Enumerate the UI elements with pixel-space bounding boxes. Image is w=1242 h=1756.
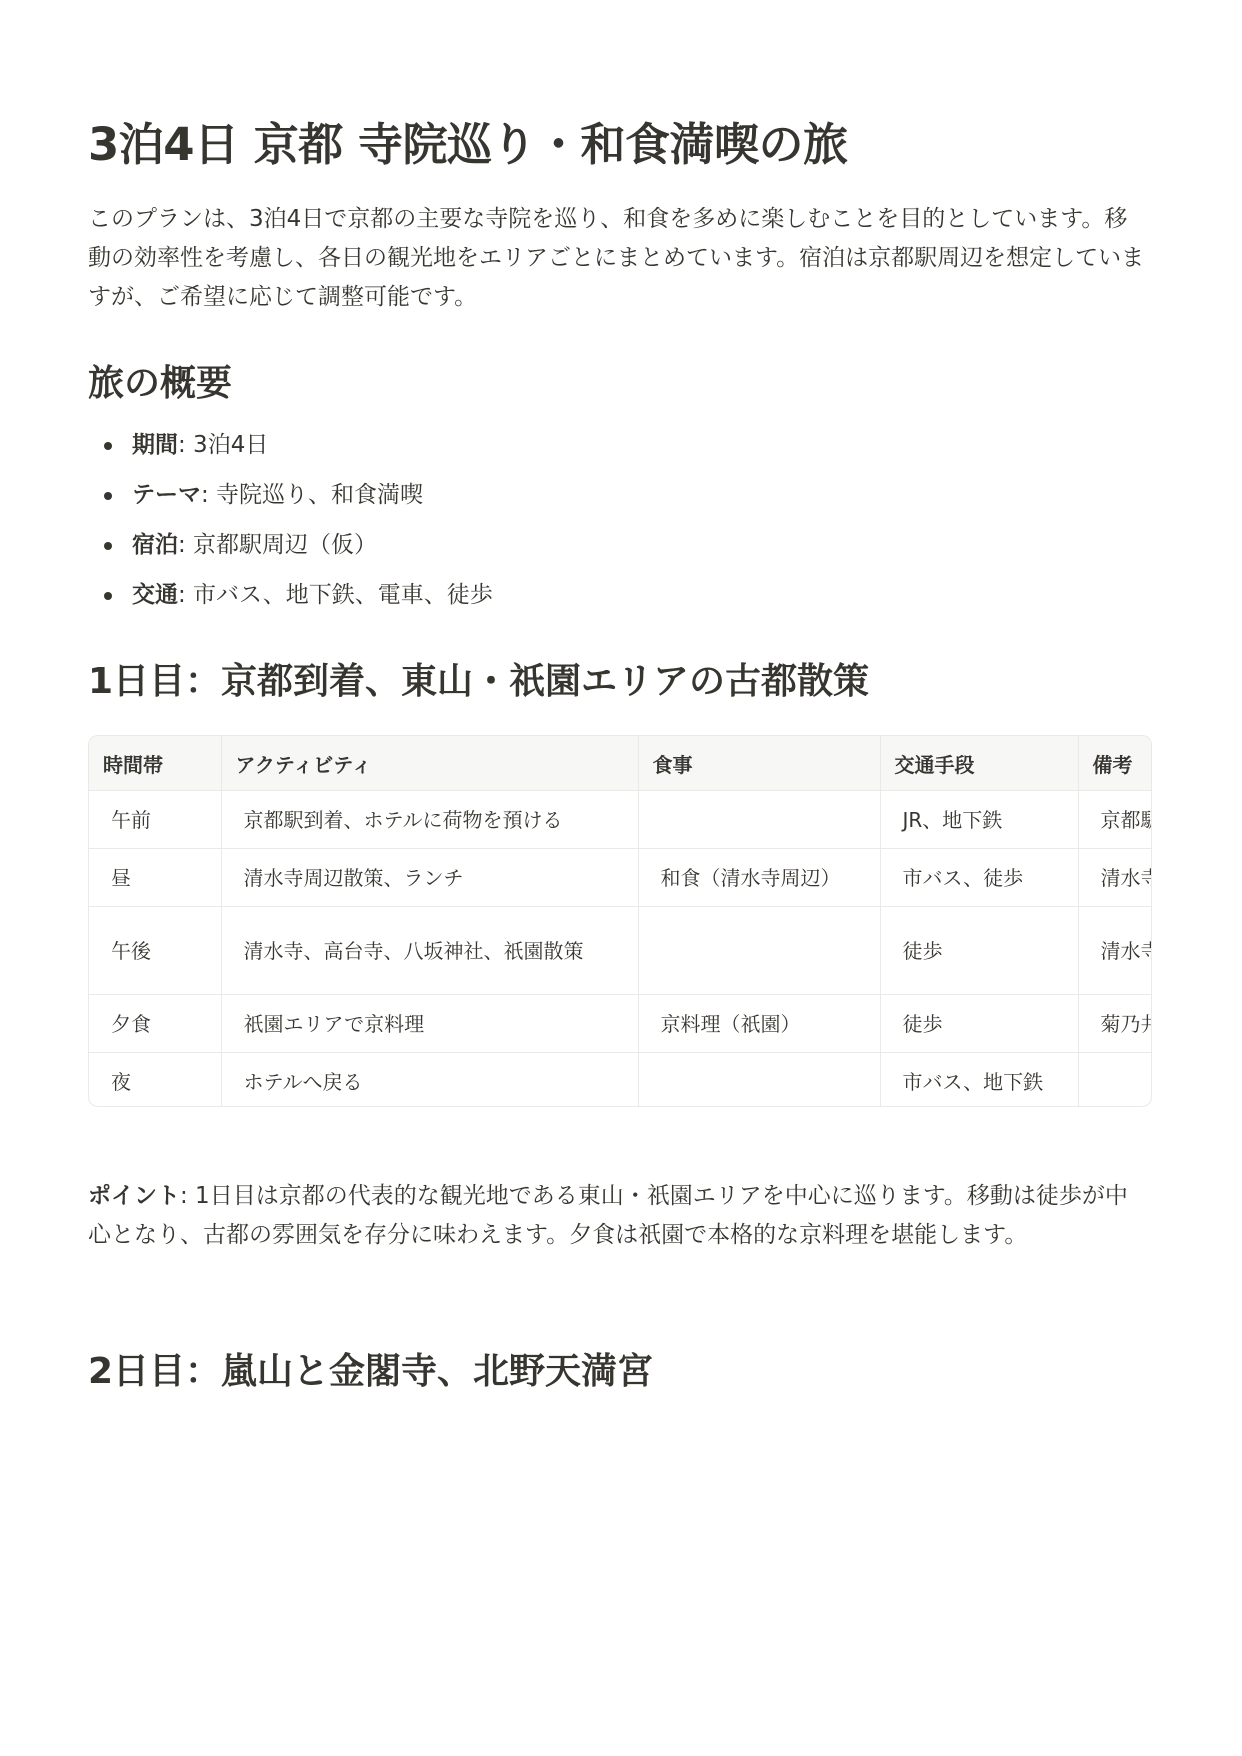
header-activity: アクティビティ [221, 736, 638, 791]
cell-transport: 市バス、徒歩 [880, 849, 1078, 907]
day1-schedule-table-scroll[interactable]: 時間帯 アクティビティ 食事 交通手段 備考 午前 京都駅到着、ホテルに荷物を預… [88, 735, 1152, 1107]
header-time: 時間帯 [89, 736, 221, 791]
overview-value: : 3泊4日 [178, 432, 268, 458]
cell-time: 昼 [89, 849, 221, 907]
cell-time: 夜 [89, 1053, 221, 1108]
day1-point-paragraph: ポイント: 1日目は京都の代表的な観光地である東山・祇園エリアを中心に巡ります。… [88, 1177, 1148, 1255]
cell-notes: 清水寺… む [1078, 907, 1152, 995]
header-transport: 交通手段 [880, 736, 1078, 791]
cell-notes: 清水寺 [1078, 849, 1152, 907]
overview-item-period: 期間: 3泊4日 [88, 420, 493, 470]
overview-heading: 旅の概要 [88, 362, 232, 405]
cell-transport: 徒歩 [880, 995, 1078, 1053]
cell-activity: 京都駅到着、ホテルに荷物を預ける [221, 791, 638, 849]
header-meal: 食事 [638, 736, 880, 791]
point-label: ポイント [88, 1183, 180, 1209]
cell-meal: 和食（清水寺周辺） [638, 849, 880, 907]
day2-heading: 2日目：嵐山と金閣寺、北野天満宮 [88, 1350, 653, 1393]
cell-notes: 菊乃井 [1078, 995, 1152, 1053]
cell-time: 午前 [89, 791, 221, 849]
cell-meal [638, 791, 880, 849]
cell-activity: 清水寺、高台寺、八坂神社、祇園散策 [221, 907, 638, 995]
intro-paragraph: このプランは、3泊4日で京都の主要な寺院を巡り、和食を多めに楽しむことを目的とし… [88, 200, 1148, 317]
overview-value: : 市バス、地下鉄、電車、徒歩 [178, 582, 493, 608]
overview-label: 宿泊 [132, 532, 178, 558]
overview-item-theme: テーマ: 寺院巡り、和食満喫 [88, 470, 493, 520]
overview-value: : 京都駅周辺（仮） [178, 532, 377, 558]
overview-label: 期間 [132, 432, 178, 458]
overview-list: 期間: 3泊4日 テーマ: 寺院巡り、和食満喫 宿泊: 京都駅周辺（仮） 交通:… [88, 420, 493, 620]
day1-schedule-table: 時間帯 アクティビティ 食事 交通手段 備考 午前 京都駅到着、ホテルに荷物を預… [89, 736, 1152, 1107]
table-row: 夕食 祇園エリアで京料理 京料理（祇園） 徒歩 菊乃井 [89, 995, 1152, 1053]
cell-meal [638, 907, 880, 995]
cell-transport: JR、地下鉄 [880, 791, 1078, 849]
cell-transport: 市バス、地下鉄 [880, 1053, 1078, 1108]
table-row: 午後 清水寺、高台寺、八坂神社、祇園散策 徒歩 清水寺… む [89, 907, 1152, 995]
cell-activity: ホテルへ戻る [221, 1053, 638, 1108]
cell-meal [638, 1053, 880, 1108]
cell-time: 午後 [89, 907, 221, 995]
cell-notes: 京都駅 [1078, 791, 1152, 849]
table-row: 昼 清水寺周辺散策、ランチ 和食（清水寺周辺） 市バス、徒歩 清水寺 [89, 849, 1152, 907]
table-header-row: 時間帯 アクティビティ 食事 交通手段 備考 [89, 736, 1152, 791]
cell-meal: 京料理（祇園） [638, 995, 880, 1053]
cell-activity: 祇園エリアで京料理 [221, 995, 638, 1053]
day1-heading: 1日目：京都到着、東山・祇園エリアの古都散策 [88, 660, 869, 703]
overview-item-lodging: 宿泊: 京都駅周辺（仮） [88, 520, 493, 570]
point-text: : 1日目は京都の代表的な観光地である東山・祇園エリアを中心に巡ります。移動は徒… [88, 1183, 1128, 1248]
overview-label: テーマ [132, 482, 201, 508]
overview-item-transport: 交通: 市バス、地下鉄、電車、徒歩 [88, 570, 493, 620]
cell-time: 夕食 [89, 995, 221, 1053]
table-row: 午前 京都駅到着、ホテルに荷物を預ける JR、地下鉄 京都駅 [89, 791, 1152, 849]
overview-label: 交通 [132, 582, 178, 608]
page-title: 3泊4日 京都 寺院巡り・和食満喫の旅 [88, 118, 847, 172]
header-notes: 備考 [1078, 736, 1152, 791]
table-row: 夜 ホテルへ戻る 市バス、地下鉄 [89, 1053, 1152, 1108]
cell-transport: 徒歩 [880, 907, 1078, 995]
cell-activity: 清水寺周辺散策、ランチ [221, 849, 638, 907]
overview-value: : 寺院巡り、和食満喫 [201, 482, 423, 508]
cell-notes [1078, 1053, 1152, 1108]
